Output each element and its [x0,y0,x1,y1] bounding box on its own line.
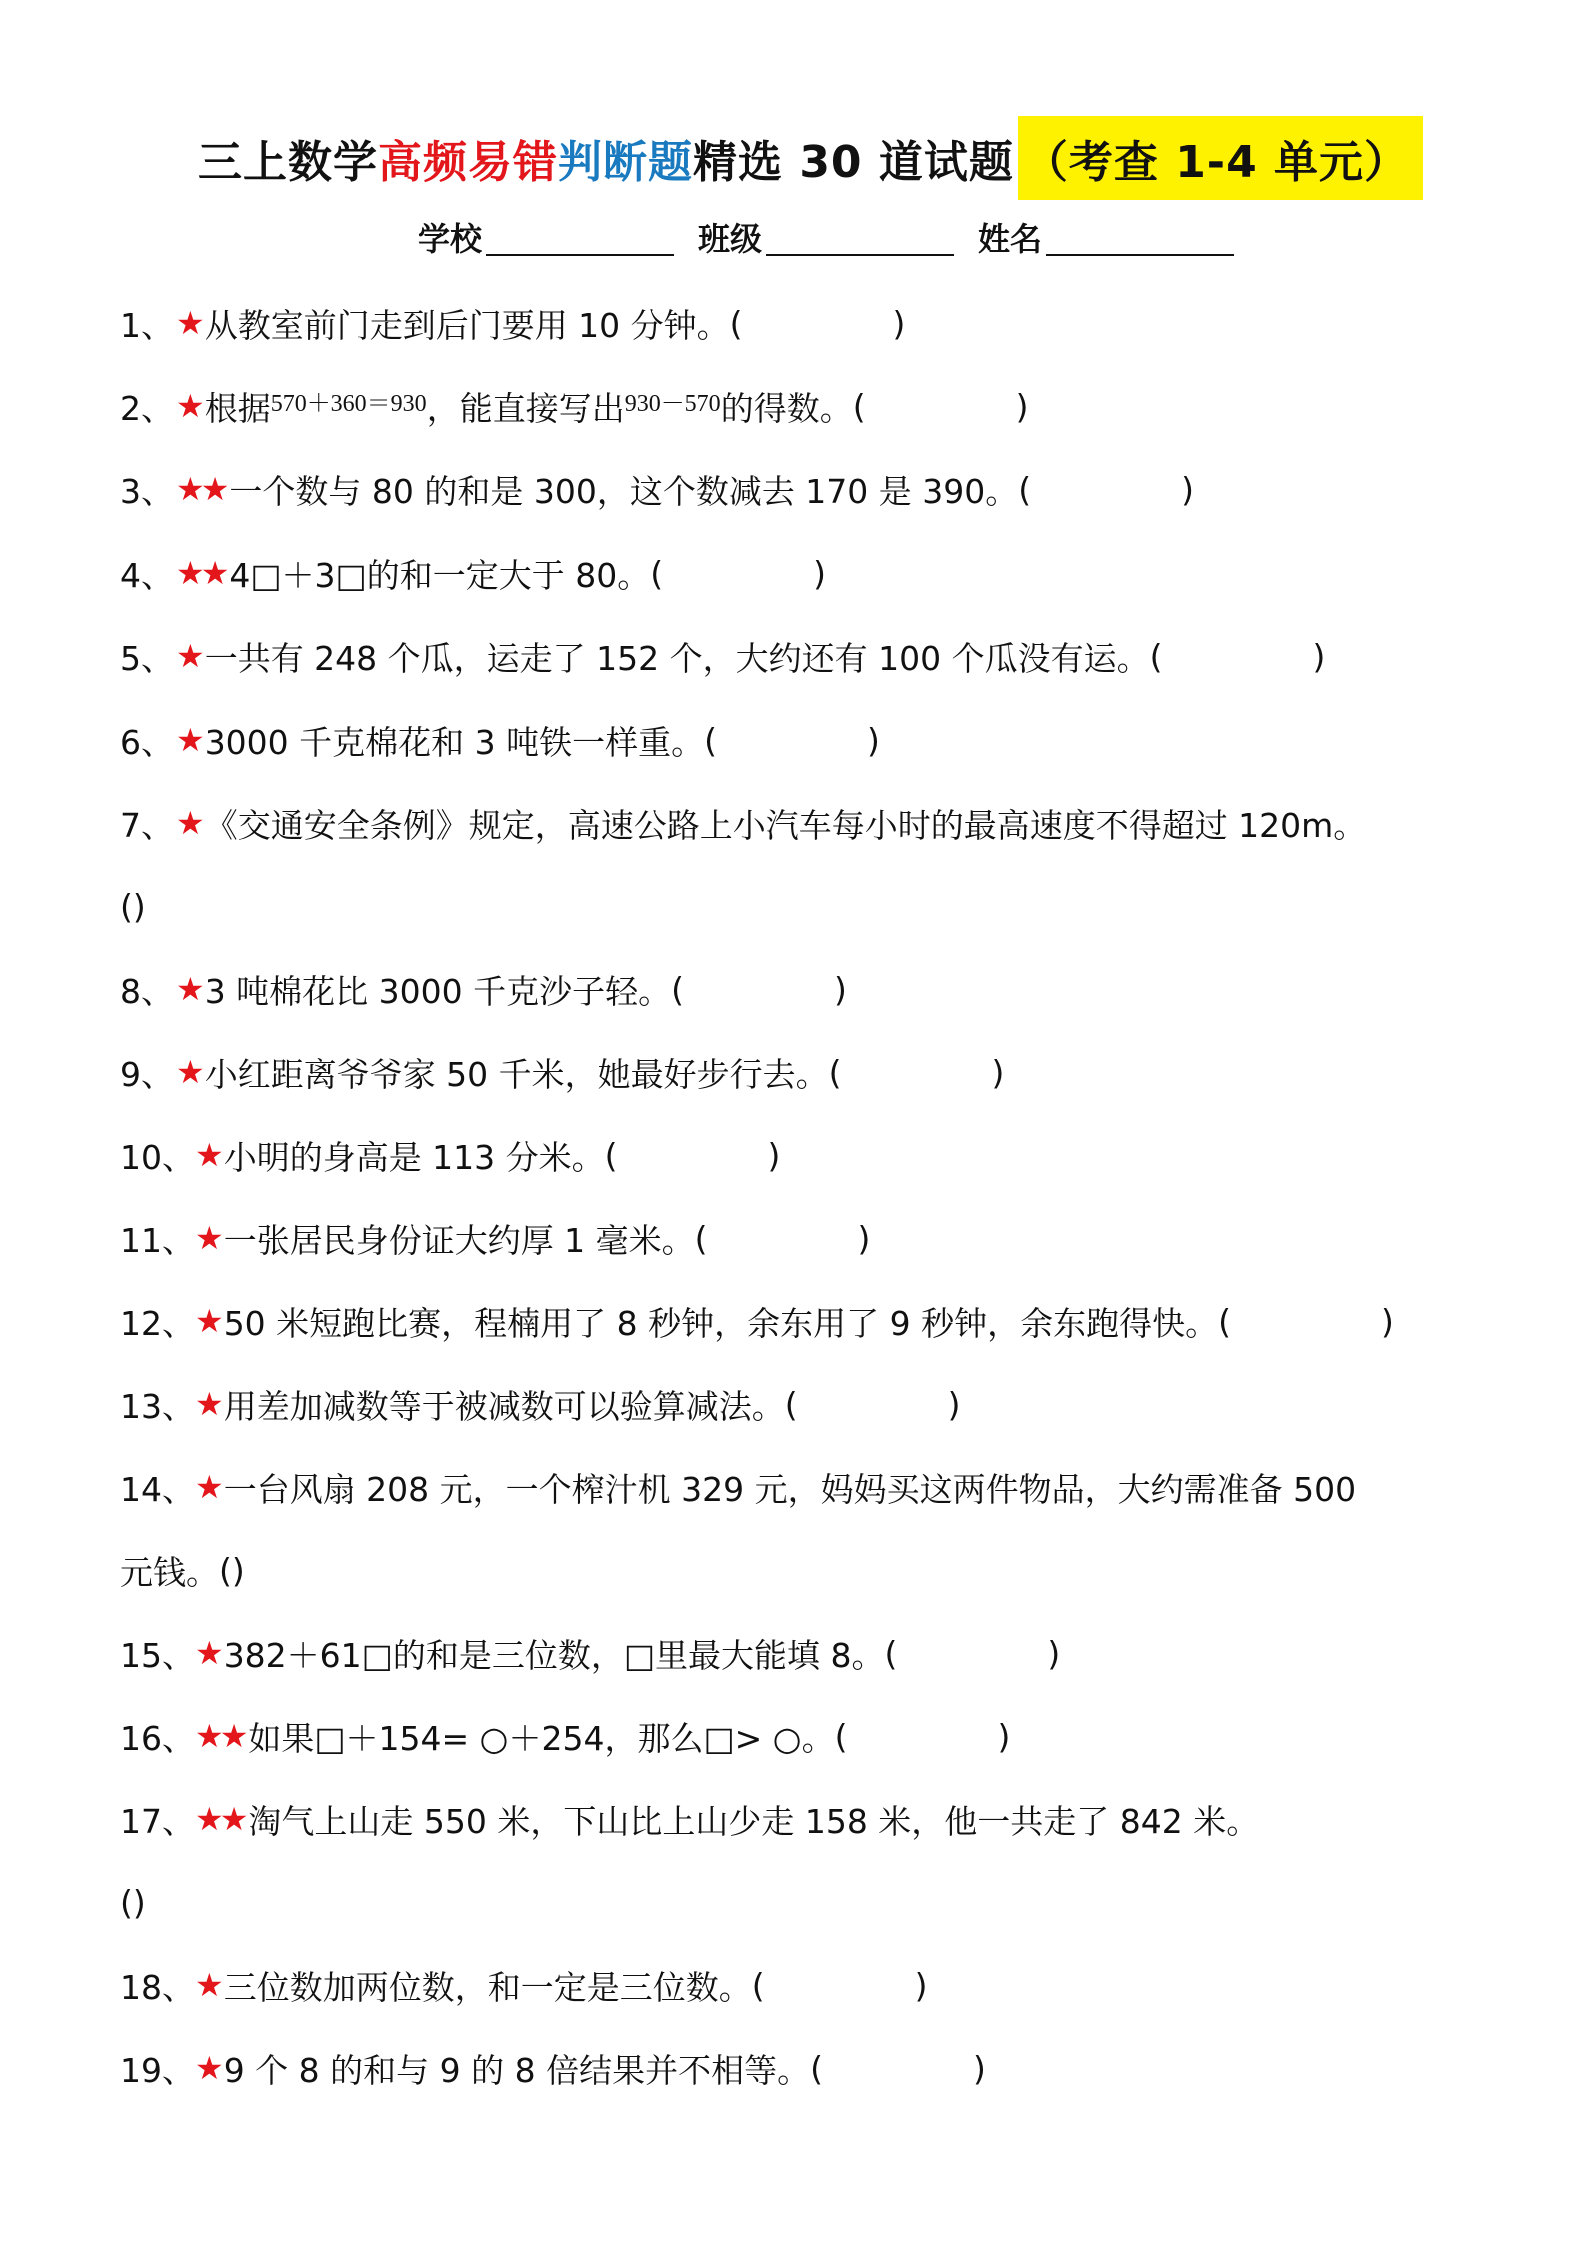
question-text: 50 米短跑比赛，程楠用了 8 秒钟，余东用了 9 秒钟，余东跑得快。 [224,1298,1218,1345]
class-blank-line[interactable] [766,254,954,256]
question-text: 一台风扇 208 元，一个榨汁机 329 元，妈妈买这两件物品，大约需准备 50… [224,1464,1356,1511]
star-icon: ★ [176,1053,201,1091]
question-14: 14、 ★ 一台风扇 208 元，一个榨汁机 329 元，妈妈买这两件物品，大约… [120,1462,1356,1512]
question-text: 的得数。 [721,383,853,430]
class-label: 班级 [698,214,762,260]
star-icon: ★★ [195,1717,244,1755]
question-17-answer-line: () [120,1877,146,1927]
question-text: 从教室前门走到后门要用 10 分钟。 [205,300,730,347]
question-14-continuation: 元钱。 () [120,1545,245,1595]
question-text: 382＋61□的和是三位数，□里最大能填 8。 [224,1630,885,1677]
question-12: 12、 ★ 50 米短跑比赛，程楠用了 8 秒钟，余东用了 9 秒钟，余东跑得快… [120,1296,1394,1346]
star-icon: ★ [176,970,201,1008]
answer-blank[interactable]: () [1218,1302,1394,1341]
school-blank-line[interactable] [486,254,674,256]
answer-blank[interactable]: () [671,970,847,1009]
question-text: ，能直接写出 [427,383,625,430]
question-3: 3、 ★★ 一个数与 80 的和是 300，这个数减去 170 是 390。 (… [120,464,1194,514]
title-part-units-highlight: （考查 1-4 单元） [1018,116,1423,200]
class-field[interactable]: 班级 [698,214,954,260]
question-text: 小明的身高是 113 分米。 [224,1132,605,1179]
answer-blank[interactable]: () [704,721,880,760]
question-number: 7、 [120,800,176,847]
question-text: 《交通安全条例》规定，高速公路上小汽车每小时的最高速度不得超过 120m。 [205,800,1367,847]
question-text: 小红距离爷爷家 50 千米，她最好步行去。 [205,1049,829,1096]
star-icon: ★ [195,2049,220,2087]
question-number: 16、 [120,1713,195,1760]
answer-blank[interactable]: () [810,2049,986,2088]
star-icon: ★ [195,1634,220,1672]
question-7-answer-line: () [120,881,146,931]
star-icon: ★ [195,1302,220,1340]
question-18: 18、 ★ 三位数加两位数，和一定是三位数。 () [120,1960,927,2010]
question-1: 1、 ★ 从教室前门走到后门要用 10 分钟。 () [120,298,905,348]
answer-blank[interactable]: () [650,554,826,593]
question-5: 5、 ★ 一共有 248 个瓜，运走了 152 个，大约还有 100 个瓜没有运… [120,631,1325,681]
question-11: 11、 ★ 一张居民身份证大约厚 1 毫米。 () [120,1213,870,1263]
star-icon: ★ [176,721,201,759]
question-4: 4、 ★★ 4□＋3□的和一定大于 80。 () [120,548,826,598]
answer-blank[interactable]: () [835,1717,1011,1756]
answer-blank[interactable]: () [120,1883,146,1922]
question-8: 8、 ★ 3 吨棉花比 3000 千克沙子轻。 () [120,964,847,1014]
worksheet-title: 三上数学高频易错判断题精选 30 道试题（考查 1-4 单元） [198,118,1423,198]
question-number: 3、 [120,466,176,513]
star-icon: ★ [195,1966,220,2004]
question-number: 17、 [120,1796,195,1843]
star-icon: ★ [176,304,201,342]
star-icon: ★ [176,637,201,675]
question-number: 4、 [120,550,176,597]
answer-blank[interactable]: () [605,1136,781,1175]
equation: 930－570 [625,383,721,418]
name-label: 姓名 [978,214,1042,260]
question-13: 13、 ★ 用差加减数等于被减数可以验算减法。 () [120,1379,960,1429]
question-number: 13、 [120,1381,195,1428]
question-10: 10、 ★ 小明的身高是 113 分米。 () [120,1130,780,1180]
question-number: 11、 [120,1215,195,1262]
question-text: 一共有 248 个瓜，运走了 152 个，大约还有 100 个瓜没有运。 [205,633,1150,680]
student-info-row: 学校 班级 姓名 [418,214,1258,260]
star-icon: ★ [195,1219,220,1257]
answer-blank[interactable]: () [730,304,906,343]
answer-blank[interactable]: () [785,1385,961,1424]
answer-blank[interactable]: () [752,1966,928,2005]
question-number: 18、 [120,1962,195,2009]
question-text: 3000 千克棉花和 3 吨铁一样重。 [205,717,704,764]
answer-blank[interactable]: () [120,887,146,926]
question-text: 如果□＋154= ○＋254，那么□> ○。 [248,1713,834,1760]
question-number: 15、 [120,1630,195,1677]
equation: 570＋360＝930 [271,383,427,418]
question-text: 淘气上山走 550 米，下山比上山少走 158 米，他一共走了 842 米。 [248,1796,1259,1843]
question-number: 10、 [120,1132,195,1179]
question-2: 2、 ★ 根据 570＋360＝930 ，能直接写出 930－570 的得数。 … [120,381,1028,431]
answer-blank[interactable]: () [885,1634,1061,1673]
star-icon: ★ [176,804,201,842]
answer-blank[interactable]: () [219,1551,245,1590]
question-text: 4□＋3□的和一定大于 80。 [229,550,650,597]
name-field[interactable]: 姓名 [978,214,1234,260]
question-number: 5、 [120,633,176,680]
answer-blank[interactable]: () [1150,637,1326,676]
question-number: 19、 [120,2045,195,2092]
answer-blank[interactable]: () [829,1053,1005,1092]
question-text: 元钱。 [120,1547,219,1594]
title-part-grade: 三上数学 [198,126,378,190]
question-text: 根据 [205,383,271,430]
star-icon: ★ [195,1468,220,1506]
question-number: 12、 [120,1298,195,1345]
school-label: 学校 [418,214,482,260]
star-icon: ★ [176,387,201,425]
question-7: 7、 ★ 《交通安全条例》规定，高速公路上小汽车每小时的最高速度不得超过 120… [120,798,1366,848]
answer-blank[interactable]: () [853,387,1029,426]
question-text: 三位数加两位数，和一定是三位数。 [224,1962,752,2009]
question-15: 15、 ★ 382＋61□的和是三位数，□里最大能填 8。 () [120,1628,1060,1678]
question-6: 6、 ★ 3000 千克棉花和 3 吨铁一样重。 () [120,715,880,765]
star-icon: ★ [195,1385,220,1423]
question-9: 9、 ★ 小红距离爷爷家 50 千米，她最好步行去。 () [120,1047,1004,1097]
star-icon: ★★ [176,470,225,508]
star-icon: ★★ [176,554,225,592]
answer-blank[interactable]: () [695,1219,871,1258]
question-text: 用差加减数等于被减数可以验算减法。 [224,1381,785,1428]
title-part-true-false: 判断题 [558,126,693,190]
answer-blank[interactable]: () [1018,470,1194,509]
name-blank-line[interactable] [1046,254,1234,256]
question-text: 一张居民身份证大约厚 1 毫米。 [224,1215,695,1262]
school-field[interactable]: 学校 [418,214,674,260]
question-16: 16、 ★★ 如果□＋154= ○＋254，那么□> ○。 () [120,1711,1010,1761]
star-icon: ★★ [195,1800,244,1838]
star-icon: ★ [195,1136,220,1174]
question-number: 14、 [120,1464,195,1511]
question-number: 2、 [120,383,176,430]
question-number: 1、 [120,300,176,347]
title-part-frequent-errors: 高频易错 [378,126,558,190]
question-text: 9 个 8 的和与 9 的 8 倍结果并不相等。 [224,2045,810,2092]
question-number: 9、 [120,1049,176,1096]
question-number: 8、 [120,966,176,1013]
question-text: 一个数与 80 的和是 300，这个数减去 170 是 390。 [229,466,1018,513]
question-19: 19、 ★ 9 个 8 的和与 9 的 8 倍结果并不相等。 () [120,2043,986,2093]
question-text: 3 吨棉花比 3000 千克沙子轻。 [205,966,671,1013]
title-part-selected: 精选 30 道试题 [693,126,1014,190]
question-number: 6、 [120,717,176,764]
question-17: 17、 ★★ 淘气上山走 550 米，下山比上山少走 158 米，他一共走了 8… [120,1794,1259,1844]
